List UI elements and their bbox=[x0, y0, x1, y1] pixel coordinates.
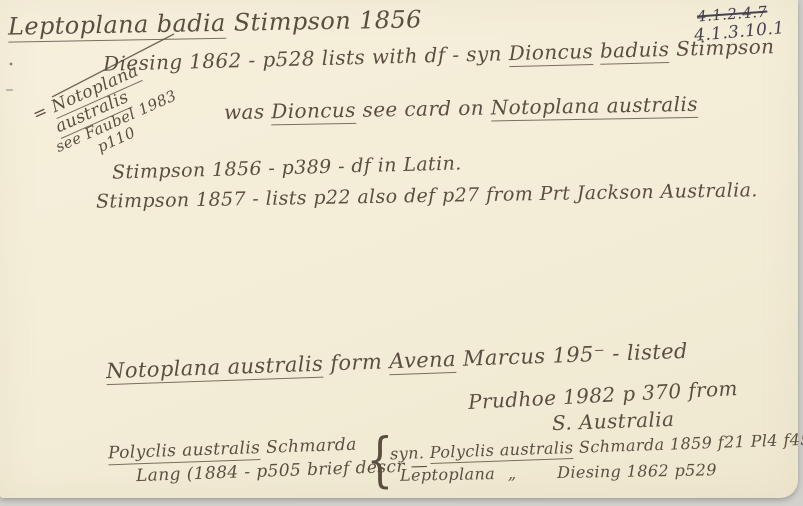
title-line: Leptoplana badia Stimpson 1856 bbox=[8, 6, 422, 40]
syn-label: syn. bbox=[390, 443, 430, 463]
syn2-ref: Diesing 1862 p529 bbox=[557, 461, 717, 481]
note-line-stimpson-1856: Stimpson 1856 - p389 - df in Latin. bbox=[112, 153, 462, 183]
diesing-author: Stimpson bbox=[669, 34, 775, 61]
title-species: Leptoplana badia bbox=[8, 9, 226, 43]
form-species: Notoplana australis bbox=[106, 352, 324, 386]
note-line-stimpson-1857: Stimpson 1857 - lists p22 also def p27 f… bbox=[96, 180, 758, 212]
dioncus-pre: was bbox=[224, 99, 272, 124]
note-line-syn-polyclis: syn. Polyclis australis Schmarda 1859 f2… bbox=[390, 431, 803, 463]
scanned-index-card-page: Leptoplana badia Stimpson 1856 4.1.2.4.7… bbox=[0, 0, 803, 506]
note-line-s-australia: S. Australia bbox=[552, 408, 675, 434]
dioncus-genus: Dioncus bbox=[271, 98, 356, 125]
ditto-mark: „ bbox=[495, 465, 529, 483]
polyclis-author: Schmarda bbox=[260, 435, 357, 458]
note-line-notoplana-form: Notoplana australis form Avena Marcus 19… bbox=[106, 340, 688, 383]
syn2-genus: Leptoplana bbox=[400, 464, 495, 485]
title-author: Stimpson 1856 bbox=[226, 5, 423, 36]
note-line-dioncus-card: was Dioncus see card on Notoplana austra… bbox=[224, 93, 698, 123]
index-card: Leptoplana badia Stimpson 1856 4.1.2.4.7… bbox=[0, 0, 798, 498]
dioncus-species: Notoplana australis bbox=[491, 92, 699, 122]
note-line-prudhoe: Prudhoe 1982 p 370 from bbox=[468, 377, 739, 413]
dioncus-mid: see card on bbox=[356, 95, 491, 121]
form-name: Avena bbox=[389, 347, 457, 375]
diesing-syn-genus: Dioncus bbox=[508, 39, 593, 67]
note-line-diesing: Diesing 1862 - p528 lists with df - syn … bbox=[103, 35, 775, 75]
form-mid: form bbox=[323, 349, 390, 375]
note-line-syn-leptoplana: Leptoplana„Diesing 1862 p529 bbox=[400, 461, 717, 484]
polyclis-name: Polyclis australis bbox=[108, 438, 261, 465]
diesing-syn-species: baduis bbox=[600, 37, 670, 65]
syn-name: Polyclis australis bbox=[429, 438, 573, 464]
form-post: Marcus 195⁻ - listed bbox=[455, 339, 688, 371]
syn-ref: Schmarda 1859 f21 Pl4 f45 bbox=[573, 430, 803, 457]
